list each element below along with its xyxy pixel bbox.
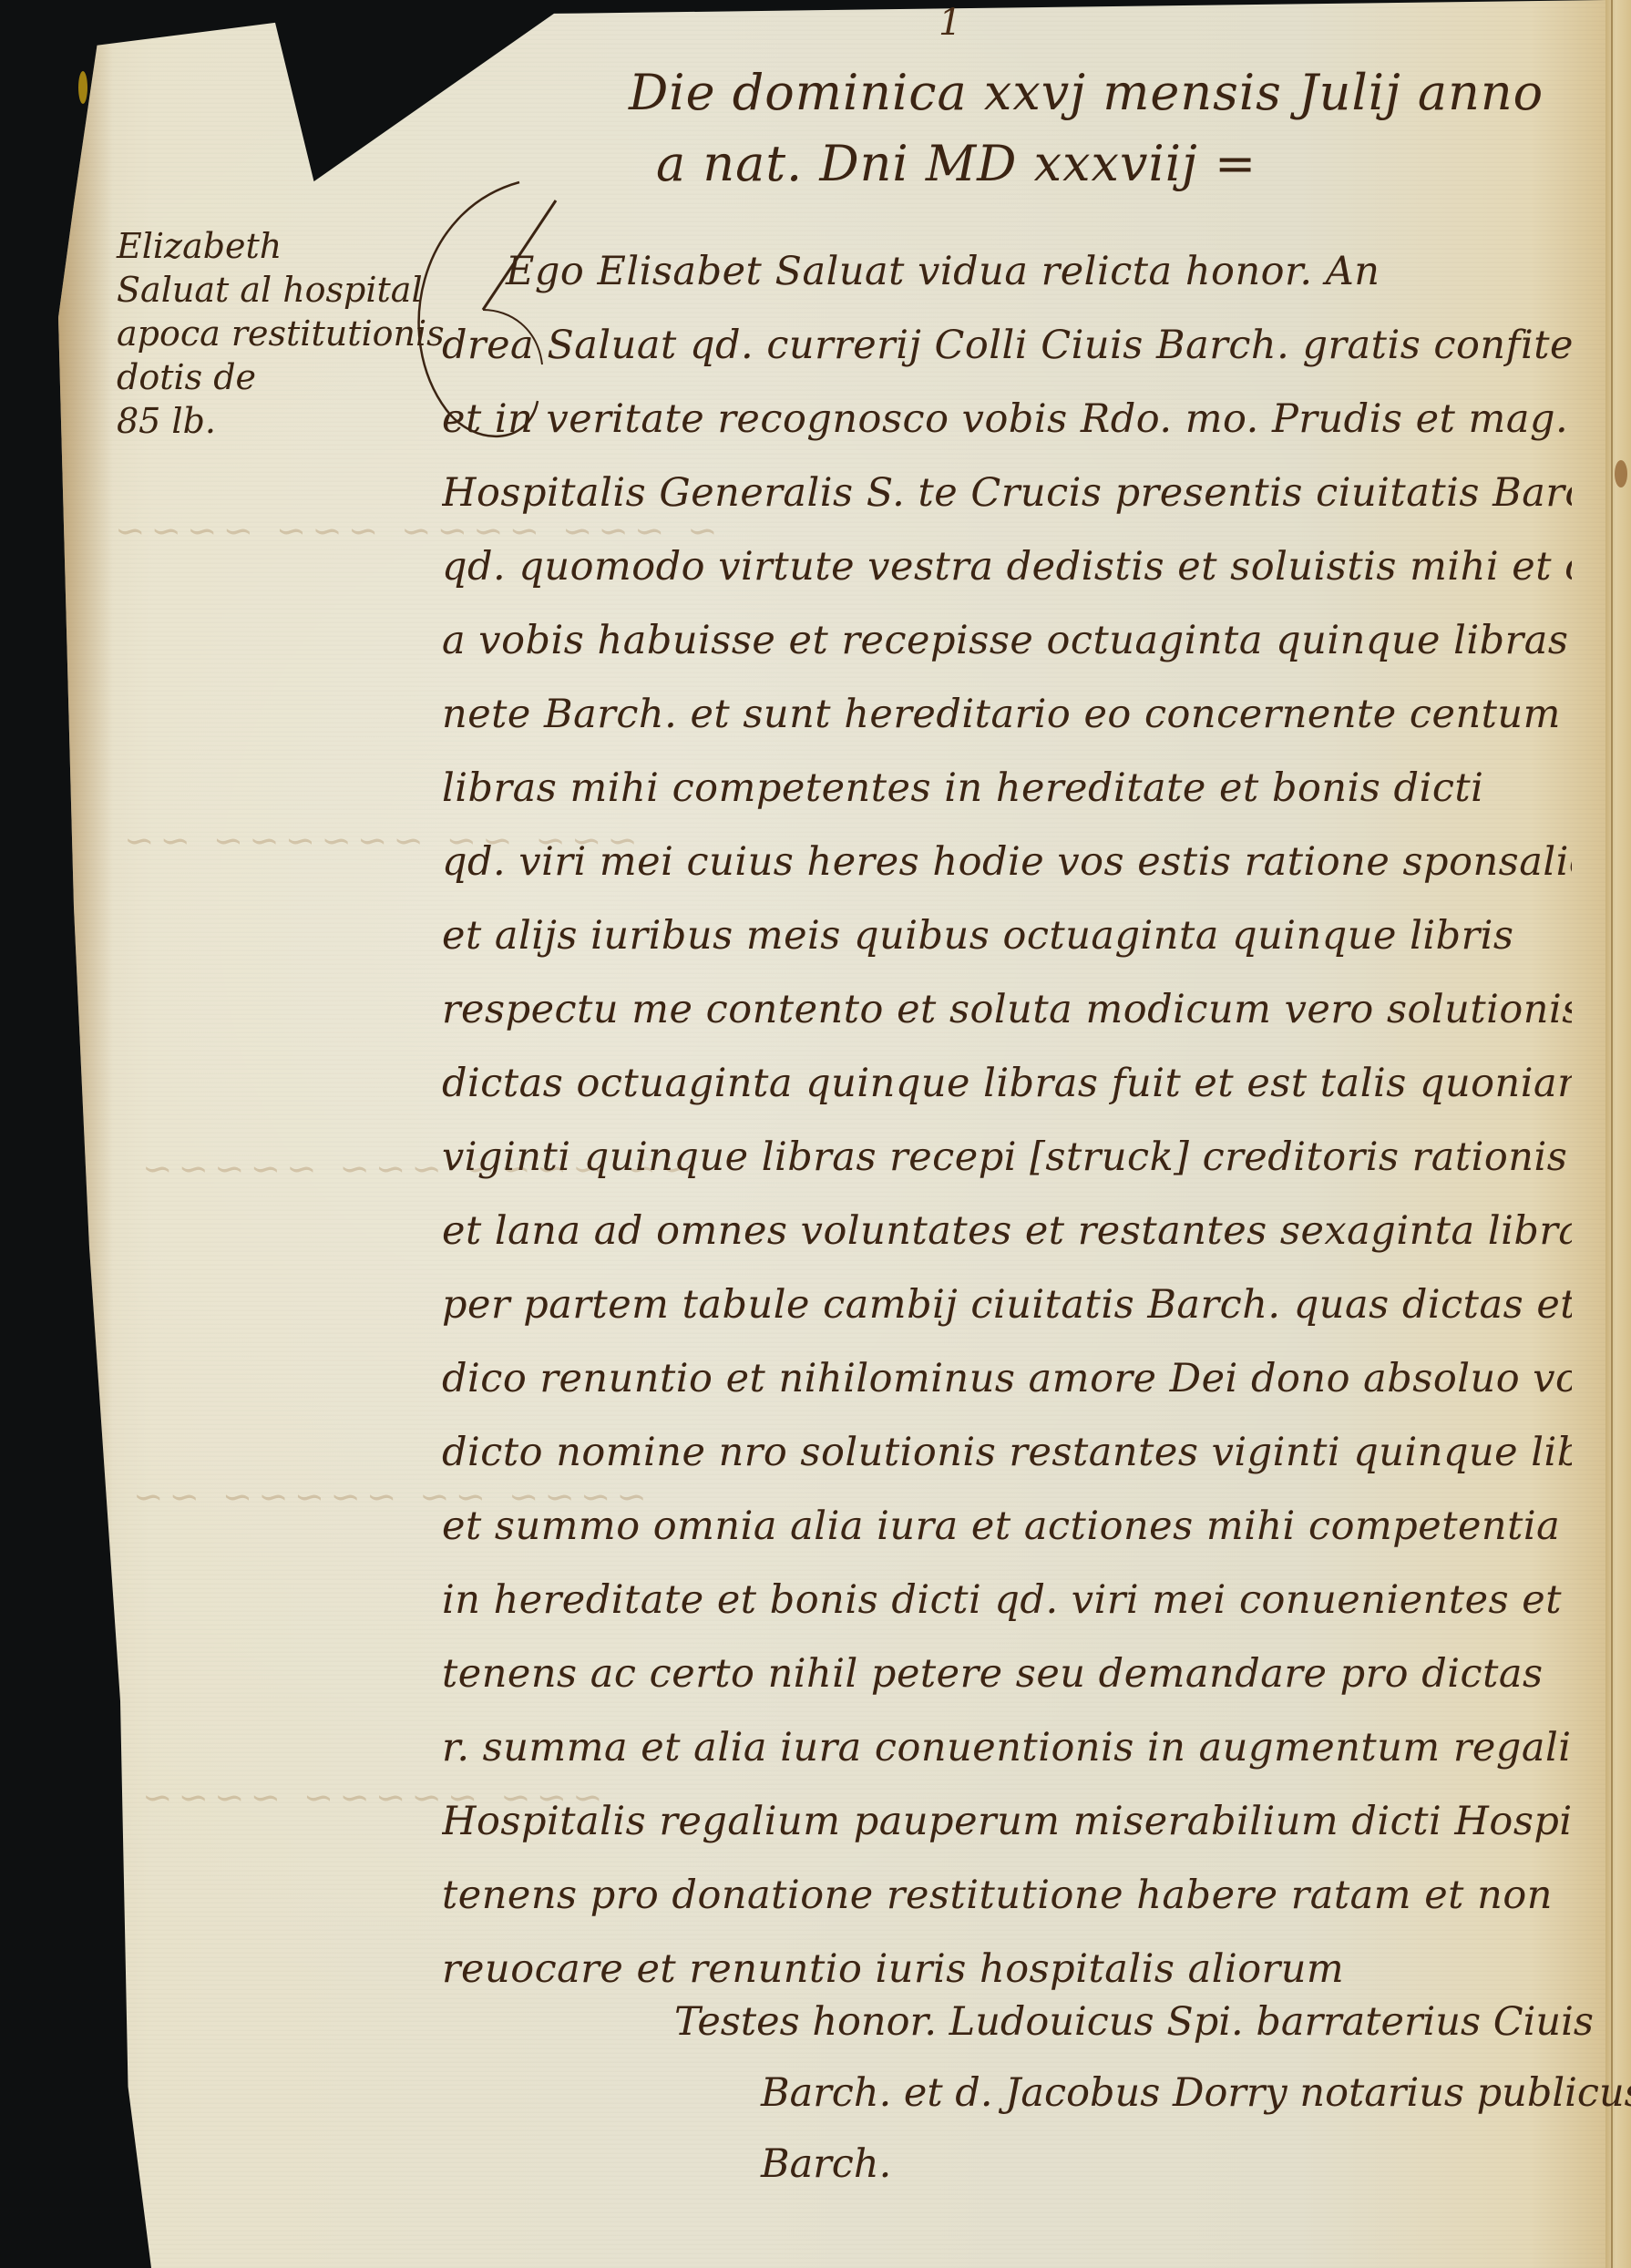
foxing-stain [1615, 460, 1627, 487]
margin-note-line: Saluat al hospital [117, 268, 417, 312]
body-line: libras mihi competentes in hereditate et… [442, 752, 1572, 826]
body-line: in hereditate et bonis dicti qd. viri me… [442, 1564, 1572, 1637]
body-line: dicto nomine nro solutionis restantes vi… [442, 1416, 1572, 1490]
body-line: qd. viri mei cuius heres hodie vos estis… [442, 826, 1572, 899]
body-line: et lana ad omnes voluntates et restantes… [442, 1195, 1572, 1268]
margin-note-line: Elizabeth [117, 224, 417, 268]
body-line: tenens ac certo nihil petere seu demanda… [442, 1637, 1572, 1711]
date-heading-line-2: a nat. Dni MD xxxviij = [656, 135, 1257, 192]
body-line: et alijs iuribus meis quibus octuaginta … [442, 899, 1572, 973]
page-gutter [1605, 0, 1631, 2268]
deed-body: Ego Elisabet Saluat vidua relicta honor.… [442, 235, 1572, 2006]
body-line: dictas octuaginta quinque libras fuit et… [442, 1047, 1572, 1121]
margin-note-line: dotis de [117, 355, 417, 399]
body-line: et summo omnia alia iura et actiones mih… [442, 1490, 1572, 1564]
gold-stain [78, 71, 87, 104]
body-line: Ego Elisabet Saluat vidua relicta honor.… [442, 235, 1572, 309]
margin-note-line: 85 lb. [117, 399, 417, 443]
folio-number: 1 [939, 2, 961, 44]
body-line: qd. quomodo virtute vestra dedistis et s… [442, 530, 1572, 604]
body-line: respectu me contento et soluta modicum v… [442, 973, 1572, 1047]
body-line: a vobis habuisse et recepisse octuaginta… [442, 604, 1572, 678]
body-line: drea Saluat qd. currerij Colli Ciuis Bar… [442, 309, 1572, 383]
witness-clause: Testes honor. Ludouicus Spi. barraterius… [674, 1986, 1585, 2200]
witness-line: Barch. et d. Jacobus Dorry notarius publ… [674, 2058, 1585, 2129]
body-line: dico renuntio et nihilominus amore Dei d… [442, 1342, 1572, 1416]
body-line: r. summa et alia iura conuentionis in au… [442, 1711, 1572, 1785]
margin-note: Elizabeth Saluat al hospital apoca resti… [117, 224, 417, 443]
body-line: per partem tabule cambij ciuitatis Barch… [442, 1268, 1572, 1342]
margin-note-line: apoca restitutionis [117, 312, 417, 355]
body-line: viginti quinque libras recepi [struck] c… [442, 1121, 1572, 1195]
body-line: Hospitalis Generalis S. te Crucis presen… [442, 457, 1572, 530]
witness-line: Barch. [674, 2129, 1585, 2200]
date-heading-line-1: Die dominica xxvj mensis Julij anno [629, 64, 1544, 121]
body-line: tenens pro donatione restitutione habere… [442, 1859, 1572, 1933]
body-line: et in veritate recognosco vobis Rdo. mo.… [442, 383, 1572, 457]
body-line: Hospitalis regalium pauperum miserabiliu… [442, 1785, 1572, 1859]
witness-line: Testes honor. Ludouicus Spi. barraterius… [674, 1986, 1585, 2058]
gutter-fold-line [1611, 0, 1613, 2268]
body-line: nete Barch. et sunt hereditario eo conce… [442, 678, 1572, 752]
